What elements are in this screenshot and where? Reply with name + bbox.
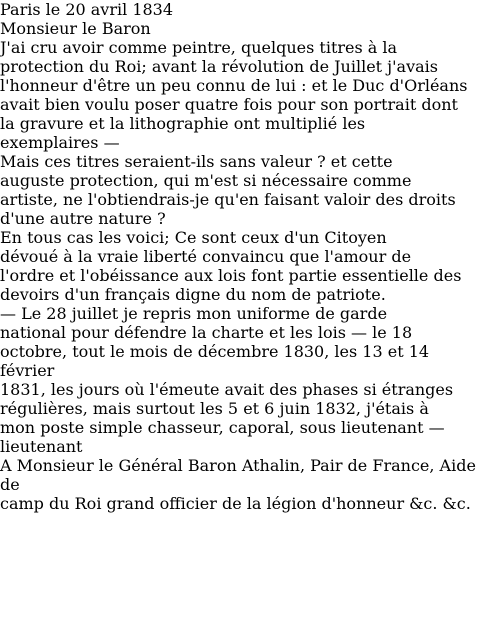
letter-line: lieutenant [0, 437, 480, 456]
letter-line: J'ai cru avoir comme peintre, quelques t… [0, 38, 480, 57]
address-line: A Monsieur le Général Baron Athalin, Pai… [0, 456, 480, 494]
letter-line: avait bien voulu poser quatre fois pour … [0, 95, 480, 114]
letter-line: l'honneur d'être un peu connu de lui : e… [0, 76, 480, 95]
photo-stage: Paris le 20 avril 1834 Monsieur le Baron… [0, 0, 480, 640]
letter-line: protection du Roi; avant la révolution d… [0, 57, 480, 76]
letter-line: d'une autre nature ? [0, 209, 480, 228]
letter-paper: Paris le 20 avril 1834 Monsieur le Baron… [0, 0, 480, 513]
letter-line: octobre, tout le mois de décembre 1830, … [0, 342, 480, 380]
line-28-post: juillet je repris mon uniforme de garde [67, 304, 387, 323]
letter-line: 1831, les jours où l'émeute avait des ph… [0, 380, 480, 399]
letter-line: En tous cas les voici; Ce sont ceux d'un… [0, 228, 480, 247]
line-28-pre: — Le [0, 304, 46, 323]
paper-sheet: Paris le 20 avril 1834 Monsieur le Baron… [0, 0, 480, 513]
letter-line: dévoué à la vraie liberté convaincu que … [0, 247, 480, 266]
address-line: camp du Roi grand officier de la légion … [0, 494, 480, 513]
letter-line: national pour défendre la charte et les … [0, 323, 480, 342]
letter-line: mon poste simple chasseur, caporal, sous… [0, 418, 480, 437]
letter-line: Mais ces titres seraient-ils sans valeur… [0, 152, 480, 171]
letter-line: artiste, ne l'obtiendrais-je qu'en faisa… [0, 190, 480, 209]
letter-line: régulières, mais surtout les 5 et 6 juin… [0, 399, 480, 418]
handwritten-text: Paris le 20 avril 1834 Monsieur le Baron… [0, 0, 480, 513]
letter-salutation: Monsieur le Baron [0, 19, 480, 38]
line-28-number: 28 [46, 304, 66, 323]
letter-line-28-juillet: — Le 28 juillet je repris mon uniforme d… [0, 304, 480, 323]
letter-line: devoirs d'un français digne du nom de pa… [0, 285, 480, 304]
letter-date: Paris le 20 avril 1834 [0, 0, 480, 19]
letter-line: auguste protection, qui m'est si nécessa… [0, 171, 480, 190]
letter-line: l'ordre et l'obéissance aux lois font pa… [0, 266, 480, 285]
letter-line: la gravure et la lithographie ont multip… [0, 114, 480, 133]
letter-line: exemplaires — [0, 133, 480, 152]
